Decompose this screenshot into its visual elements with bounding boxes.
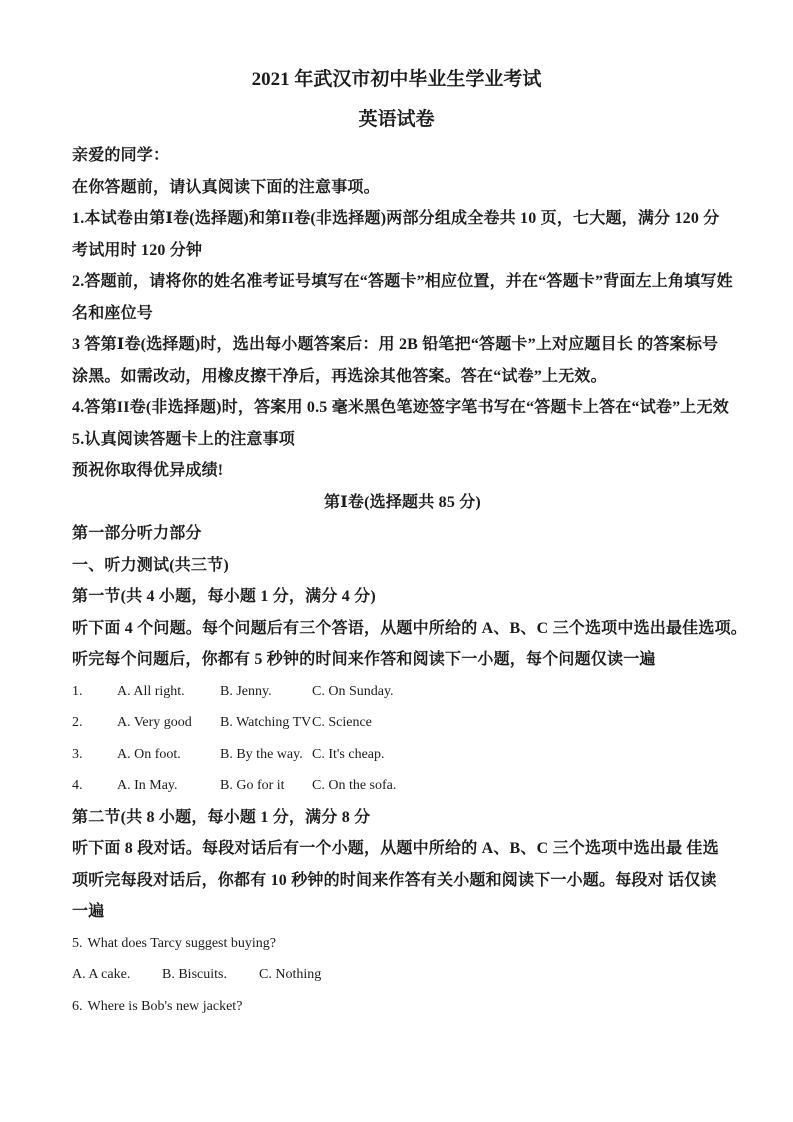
question-option-a: A. Very good bbox=[117, 707, 220, 739]
question-row-2: 2. A. Very good B. Watching TV C. Scienc… bbox=[72, 707, 733, 739]
question-number: 5. bbox=[72, 928, 83, 960]
question-option-b: B. Watching TV bbox=[220, 707, 312, 739]
exam-subtitle: 英语试卷 bbox=[0, 94, 793, 134]
question-stem: What does Tarcy suggest buying? bbox=[88, 928, 277, 960]
question-option-c: C. On the sofa. bbox=[312, 770, 396, 802]
part-heading: 第一部分听力部分 bbox=[72, 518, 733, 550]
question-number: 3. bbox=[72, 739, 117, 771]
exam-paper-page: 2021 年武汉市初中毕业生学业考试 英语试卷 亲爱的同学： 在你答题前，请认真… bbox=[0, 0, 793, 1122]
question-option-b: B. By the way. bbox=[220, 739, 312, 771]
listening-section-heading: 一、听力测试(共三节) bbox=[72, 550, 733, 582]
greeting-line: 亲爱的同学： bbox=[72, 140, 733, 172]
question-number: 1. bbox=[72, 676, 117, 708]
exam-title: 2021 年武汉市初中毕业生学业考试 bbox=[0, 0, 793, 94]
question-option-c: C. Nothing bbox=[259, 959, 321, 991]
question-option-b: B. Jenny. bbox=[220, 676, 312, 708]
question-option-a: A. All right. bbox=[117, 676, 220, 708]
question-options-row-5: A. A cake. B. Biscuits. C. Nothing bbox=[72, 959, 733, 991]
notice-line-1: 1.本试卷由第Ⅰ卷(选择题)和第II卷(非选择题)两部分组成全卷共 10 页，七… bbox=[72, 203, 733, 235]
volume-heading: 第Ⅰ卷(选择题共 85 分) bbox=[72, 487, 733, 519]
question-row-3: 3. A. On foot. B. By the way. C. It's ch… bbox=[72, 739, 733, 771]
question-stem: Where is Bob's new jacket? bbox=[88, 991, 243, 1023]
notice-line-1b: 考试用时 120 分钟 bbox=[72, 235, 733, 267]
notice-line-2b: 名和座位号 bbox=[72, 298, 733, 330]
exam-body: 亲爱的同学： 在你答题前，请认真阅读下面的注意事项。 1.本试卷由第Ⅰ卷(选择题… bbox=[0, 140, 793, 1022]
question-option-c: C. It's cheap. bbox=[312, 739, 385, 771]
question-stem-row-6: 6. Where is Bob's new jacket? bbox=[72, 991, 733, 1023]
question-stem-row-5: 5. What does Tarcy suggest buying? bbox=[72, 928, 733, 960]
question-option-a: A. On foot. bbox=[117, 739, 220, 771]
question-number: 6. bbox=[72, 991, 83, 1023]
section2-instruction-2: 项听完每段对话后，你都有 10 秒钟的时间来作答有关小题和阅读下一小题。每段对 … bbox=[72, 865, 733, 897]
question-option-a: A. A cake. bbox=[72, 959, 162, 991]
question-option-b: B. Go for it bbox=[220, 770, 312, 802]
question-option-a: A. In May. bbox=[117, 770, 220, 802]
question-row-4: 4. A. In May. B. Go for it C. On the sof… bbox=[72, 770, 733, 802]
notice-line-5: 5.认真阅读答题卡上的注意事项 bbox=[72, 424, 733, 456]
notice-line-4: 4.答第II卷(非选择题)时，答案用 0.5 毫米黑色笔迹签字笔书写在“答题卡上… bbox=[72, 392, 733, 424]
question-number: 2. bbox=[72, 707, 117, 739]
section1-instruction-1: 听下面 4 个问题。每个问题后有三个答语，从题中所给的 A、B、C 三个选项中选… bbox=[72, 613, 733, 645]
notice-intro-line: 在你答题前，请认真阅读下面的注意事项。 bbox=[72, 172, 733, 204]
question-option-b: B. Biscuits. bbox=[162, 959, 259, 991]
notice-line-3b: 涂黑。如需改动，用橡皮擦干净后，再选涂其他答案。答在“试卷”上无效。 bbox=[72, 361, 733, 393]
question-row-1: 1. A. All right. B. Jenny. C. On Sunday. bbox=[72, 676, 733, 708]
notice-line-3: 3 答第Ⅰ卷(选择题)时，选出每小题答案后：用 2B 铅笔把“答题卡”上对应题目… bbox=[72, 329, 733, 361]
section1-heading: 第一节(共 4 小题，每小题 1 分，满分 4 分) bbox=[72, 581, 733, 613]
section2-instruction-3: 一遍 bbox=[72, 896, 733, 928]
wish-line: 预祝你取得优异成绩! bbox=[72, 455, 733, 487]
section1-instruction-2: 听完每个问题后，你都有 5 秒钟的时间来作答和阅读下一小题，每个问题仅读一遍 bbox=[72, 644, 733, 676]
notice-line-2: 2.答题前，请将你的姓名准考证号填写在“答题卡”相应位置，并在“答题卡”背面左上… bbox=[72, 266, 733, 298]
question-number: 4. bbox=[72, 770, 117, 802]
section2-instruction-1: 听下面 8 段对话。每段对话后有一个小题，从题中所给的 A、B、C 三个选项中选… bbox=[72, 833, 733, 865]
question-option-c: C. On Sunday. bbox=[312, 676, 394, 708]
question-option-c: C. Science bbox=[312, 707, 372, 739]
section2-heading: 第二节(共 8 小题，每小题 1 分，满分 8 分 bbox=[72, 802, 733, 834]
